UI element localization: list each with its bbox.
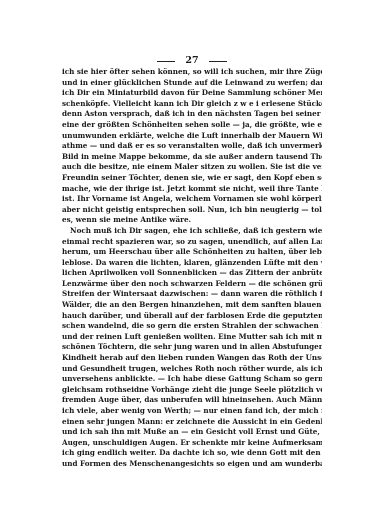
text-line: gleichsam rothseidne Vorhänge zieht die … bbox=[62, 385, 322, 396]
text-line: ich ging endlich weiter. Da dachte ich s… bbox=[62, 448, 322, 459]
text-line: und ich sah ihn mit Muße an — ein Gesich… bbox=[62, 427, 322, 438]
text-line: lichen Aprilwolken voll Sonnenblicken — … bbox=[62, 268, 322, 279]
book-page: 27 ich sie hier öfter sehen können, so w… bbox=[0, 0, 382, 515]
paragraph-start-line: Noch muß ich Dir sagen, ehe ich schließe… bbox=[62, 226, 322, 237]
text-line: schönen Töchtern, die sehr jung waren un… bbox=[62, 342, 322, 353]
text-line: ich sie hier öfter sehen können, so will… bbox=[62, 67, 322, 78]
paragraph-end-line: es, wenn sie meine Antike wäre. bbox=[62, 215, 322, 226]
header-dash-right bbox=[209, 61, 227, 62]
text-line: auch die besitze, nie einem Maler sitzen… bbox=[62, 162, 322, 173]
text-line: herum, um Heerschau über alle Schönheite… bbox=[62, 247, 322, 258]
text-line: Freundin seiner Töchter, denen sie, wie … bbox=[62, 173, 322, 184]
text-line: ich viele, aber wenig von Werth; — nur e… bbox=[62, 406, 322, 417]
text-line: unumwunden erklärte, welche die Luft inn… bbox=[62, 131, 322, 142]
text-line: unversehens anblickte. — Ich habe diese … bbox=[62, 374, 322, 385]
text-line: athme — und daß er es so veranstalten wo… bbox=[62, 141, 322, 152]
header-dash-left bbox=[157, 61, 175, 62]
text-line: Lenzwärme über den noch schwarzen Felder… bbox=[62, 279, 322, 290]
text-line: Wälder, die an den Bergen hinanziehen, m… bbox=[62, 300, 322, 311]
text-line: einen sehr jungen Mann: er zeichnete die… bbox=[62, 417, 322, 428]
text-line: aber nicht geistig entsprechen soll. Nun… bbox=[62, 205, 322, 216]
page-header: 27 bbox=[62, 55, 322, 67]
text-line: hauch darüber, und überall auf der farbl… bbox=[62, 311, 322, 322]
text-line: eine der größten Schönheiten sehen solle… bbox=[62, 120, 322, 131]
text-line: ist. Ihr Vorname ist Angela, welchem Vor… bbox=[62, 194, 322, 205]
page-body-text: ich sie hier öfter sehen können, so will… bbox=[62, 67, 322, 470]
text-line: und Gesundheit trugen, welches Roth noch… bbox=[62, 364, 322, 375]
text-line: fremden Auge über, das unberufen will hi… bbox=[62, 395, 322, 406]
text-line: mache, wie der ihrige ist. Jetzt kommt s… bbox=[62, 184, 322, 195]
text-line: schenköpfe. Vielleicht kann ich Dir glei… bbox=[62, 99, 322, 110]
text-line: Streifen der Wintersaat dazwischen: — da… bbox=[62, 289, 322, 300]
text-line: und Formen des Menschenangesichts so eig… bbox=[62, 459, 322, 470]
text-line: und der reinen Luft genießen wollten. Ei… bbox=[62, 332, 322, 343]
text-line: einmal recht spazieren war, so zu sagen,… bbox=[62, 237, 322, 248]
page-number: 27 bbox=[185, 55, 198, 67]
text-line: Bild in meine Mappe bekomme, da sie auße… bbox=[62, 152, 322, 163]
text-line: leblose. Da waren die lichten, klaren, g… bbox=[62, 258, 322, 269]
text-line: Kindheit herab auf den lieben runden Wan… bbox=[62, 353, 322, 364]
text-line: Augen, unschuldigen Augen. Er schenkte m… bbox=[62, 438, 322, 449]
text-line: schen wandelnd, die so gern die ersten S… bbox=[62, 321, 322, 332]
text-line: und in einer glücklichen Stunde auf die … bbox=[62, 78, 322, 89]
text-line: denn Aston versprach, daß ich in den näc… bbox=[62, 109, 322, 120]
text-line: ich Dir ein Miniaturbild davon für Deine… bbox=[62, 88, 322, 99]
